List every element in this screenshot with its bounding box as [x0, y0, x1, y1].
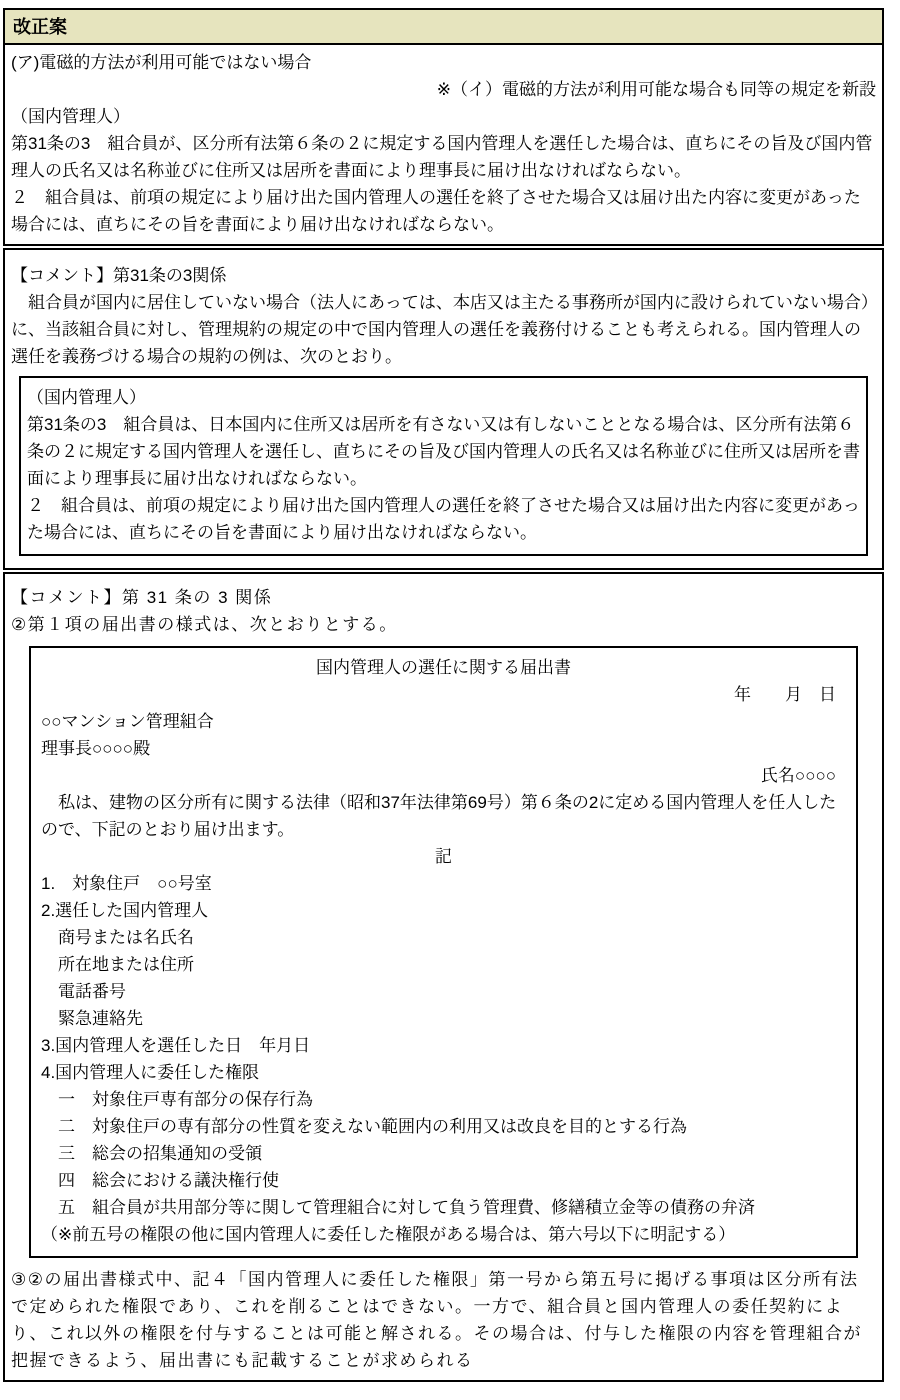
revision-header-label: 改正案 — [13, 17, 67, 37]
page: { "colors": { "header_bg": "#E6E4BE", "h… — [0, 0, 900, 1400]
comment2-section: 【コメント】第 31 条の 3 関係 ②第１項の届出書の様式は、次とおりとする。… — [3, 572, 884, 1382]
form-ki-marker: 記 — [41, 843, 846, 870]
revision-paragraph2: ２ 組合員は、前項の規定により届け出た国内管理人の選任を終了させた場合又は届け出… — [11, 184, 876, 238]
comment2-heading: 【コメント】第 31 条の 3 関係 — [11, 584, 876, 611]
revision-article: 第31条の3 組合員が、区分所有法第６条の２に規定する国内管理人を選任した場合は… — [11, 130, 876, 184]
form-title: 国内管理人の選任に関する届出書 — [41, 654, 846, 681]
comment1-content: 【コメント】第31条の3関係 組合員が国内に居住していない場合（法人にあっては、… — [5, 250, 882, 568]
form-item-phone: 電話番号 — [41, 978, 846, 1005]
form-item-appointed-manager: 2.選任した国内管理人 — [41, 897, 846, 924]
example-bylaw-box: （国内管理人） 第31条の3 組合員は、日本国内に住所又は居所を有さない又は有し… — [19, 376, 868, 556]
example-subtitle: （国内管理人） — [27, 384, 860, 411]
form-item-delegated-powers: 4.国内管理人に委任した権限 — [41, 1059, 846, 1086]
comment2-content: 【コメント】第 31 条の 3 関係 ②第１項の届出書の様式は、次とおりとする。… — [5, 574, 882, 1380]
comment2-note3: ③②の届出書様式中、記４「国内管理人に委任した権限」第一号から第五号に掲げる事項… — [11, 1266, 876, 1374]
revision-content: (ア)電磁的方法が利用可能ではない場合 ※（イ）電磁的方法が利用可能な場合も同等… — [5, 45, 882, 244]
revision-section: 改正案 (ア)電磁的方法が利用可能ではない場合 ※（イ）電磁的方法が利用可能な場… — [3, 8, 884, 246]
form-item-target-unit: 1. 対象住戸 ○○号室 — [41, 870, 846, 897]
note-right-text: ※（イ）電磁的方法が利用可能な場合も同等の規定を新設 — [11, 76, 876, 103]
form-addressee-association: ○○マンション管理組合 — [41, 708, 846, 735]
revision-subtitle: （国内管理人） — [11, 103, 876, 130]
comment2-intro: ②第１項の届出書の様式は、次とおりとする。 — [11, 611, 876, 638]
form-date-line: 年 月 日 — [41, 681, 846, 708]
form-power-4: 四 総会における議決権行使 — [41, 1167, 846, 1194]
form-body-text: 私は、建物の区分所有に関する法律（昭和37年法律第69号）第６条の2に定める国内… — [41, 789, 846, 843]
form-item-address: 所在地または住所 — [41, 951, 846, 978]
example-paragraph2: ２ 組合員は、前項の規定により届け出た国内管理人の選任を終了させた場合又は届け出… — [27, 492, 860, 546]
form-item-emergency-contact: 緊急連絡先 — [41, 1005, 846, 1032]
document: 改正案 (ア)電磁的方法が利用可能ではない場合 ※（イ）電磁的方法が利用可能な場… — [3, 8, 884, 1382]
form-power-5: 五 組合員が共用部分等に関して管理組合に対して負う管理費、修繕積立金等の債務の弁… — [41, 1194, 846, 1221]
comment1-body: 組合員が国内に居住していない場合（法人にあっては、本店又は主たる事務所が国内に設… — [11, 289, 876, 370]
form-addressee-chairman: 理事長○○○○殿 — [41, 735, 846, 762]
comment1-heading: 【コメント】第31条の3関係 — [11, 262, 876, 289]
form-item-appointment-date: 3.国内管理人を選任した日 年月日 — [41, 1032, 846, 1059]
comment1-section: 【コメント】第31条の3関係 組合員が国内に居住していない場合（法人にあっては、… — [3, 248, 884, 570]
example-article: 第31条の3 組合員は、日本国内に住所又は居所を有さない又は有しないこととなる場… — [27, 411, 860, 492]
form-signer-name: 氏名○○○○ — [41, 762, 846, 789]
form-power-2: 二 対象住戸の専有部分の性質を変えない範囲内の利用又は改良を目的とする行為 — [41, 1113, 846, 1140]
form-power-1: 一 対象住戸専有部分の保存行為 — [41, 1086, 846, 1113]
notification-form: 国内管理人の選任に関する届出書 年 月 日 ○○マンション管理組合 理事長○○○… — [29, 646, 858, 1258]
form-power-note: （※前五号の権限の他に国内管理人に委任した権限がある場合は、第六号以下に明記する… — [41, 1221, 846, 1248]
case-label-text: (ア)電磁的方法が利用可能ではない場合 — [11, 49, 876, 76]
form-power-3: 三 総会の招集通知の受領 — [41, 1140, 846, 1167]
revision-header: 改正案 — [5, 10, 882, 45]
form-item-trade-name: 商号または名氏名 — [41, 924, 846, 951]
